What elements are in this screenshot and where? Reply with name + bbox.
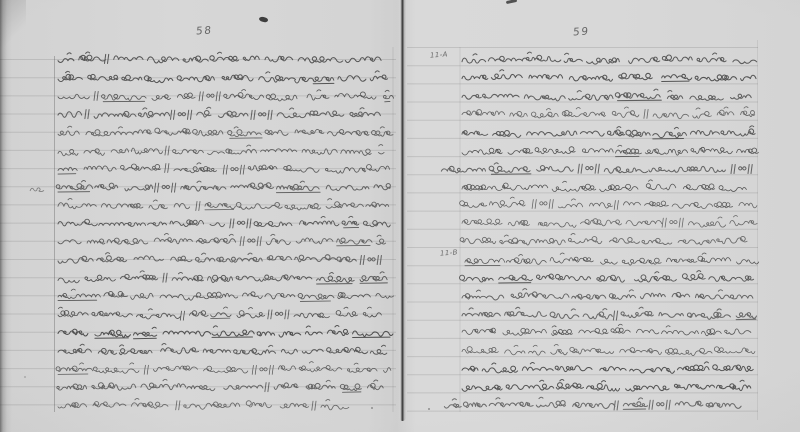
- margin-annotation-11a: 11-A: [430, 50, 448, 59]
- manuscript-scan: 58 59 11-A 11-B: [0, 0, 800, 432]
- page-left-content: [0, 47, 396, 412]
- page-number-right: 59: [572, 26, 590, 39]
- margin-annotation-11b: 11-B: [440, 248, 458, 257]
- page-gutter: [399, 0, 406, 421]
- paper-speck: [371, 407, 373, 409]
- paper-speck: [24, 376, 26, 378]
- paper-speck: [428, 408, 430, 410]
- corner-shadow: [0, 0, 26, 48]
- margin-mark: [30, 188, 44, 192]
- page-number-left: 58: [195, 25, 213, 38]
- page-right-content: [407, 40, 759, 420]
- book-edge-shadow: [0, 0, 12, 432]
